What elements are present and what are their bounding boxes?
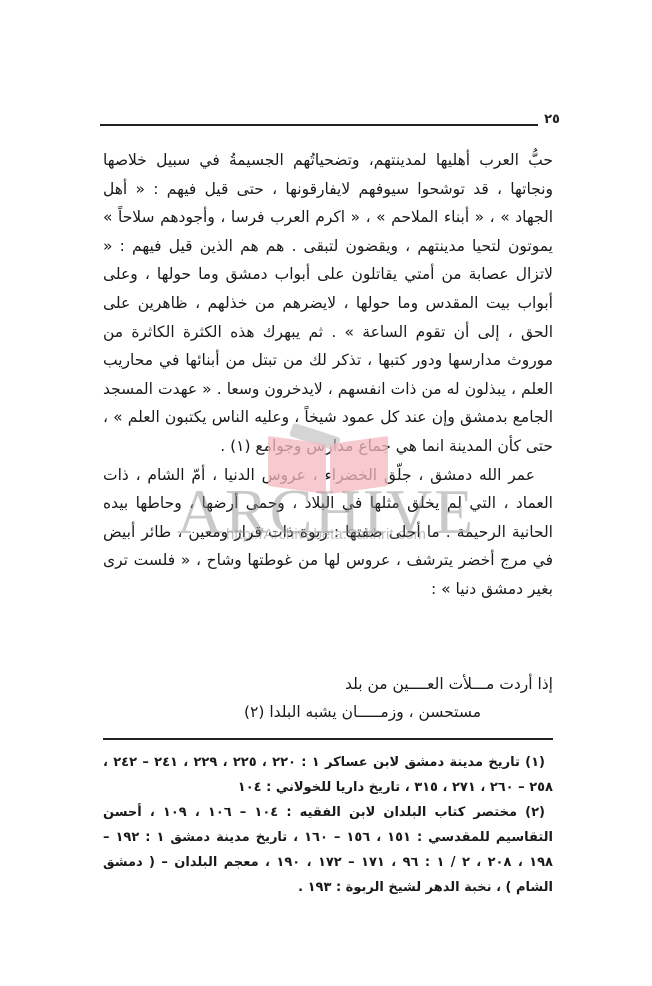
poem-verse-first-hemistich: إذا أردت مـــلأت العــــين من بلد [103,675,553,693]
paragraph-love-of-city: حبُّ العرب أهليها لمدينتهم، وتضحياتُهم ا… [103,146,553,461]
footnote-2: (٢) مختصر كتاب البلدان لابن الفقيه : ١٠٤… [103,800,553,900]
footnote-1: (١) تاريخ مدينة دمشق لابن عساكر ١ : ٢٢٠ … [103,750,553,800]
poem-verse-second-hemistich: مستحسن ، وزمـــــان يشبه البلدا (٢) [103,703,553,721]
page-number: ٢٥ [544,112,560,127]
footnotes: (١) تاريخ مدينة دمشق لابن عساكر ١ : ٢٢٠ … [103,750,553,900]
paragraph-description-damascus: عمر الله دمشق ، جلّق الخضراء ، عروس الدن… [103,461,553,604]
page-header: ٢٥ [100,112,560,132]
header-rule [100,124,538,126]
scanned-book-page: ٢٥ حبُّ العرب أهليها لمدينتهم، وتضحياتُه… [0,0,652,986]
body-text: حبُّ العرب أهليها لمدينتهم، وتضحياتُهم ا… [103,146,553,604]
footnote-separator-rule [103,738,553,740]
